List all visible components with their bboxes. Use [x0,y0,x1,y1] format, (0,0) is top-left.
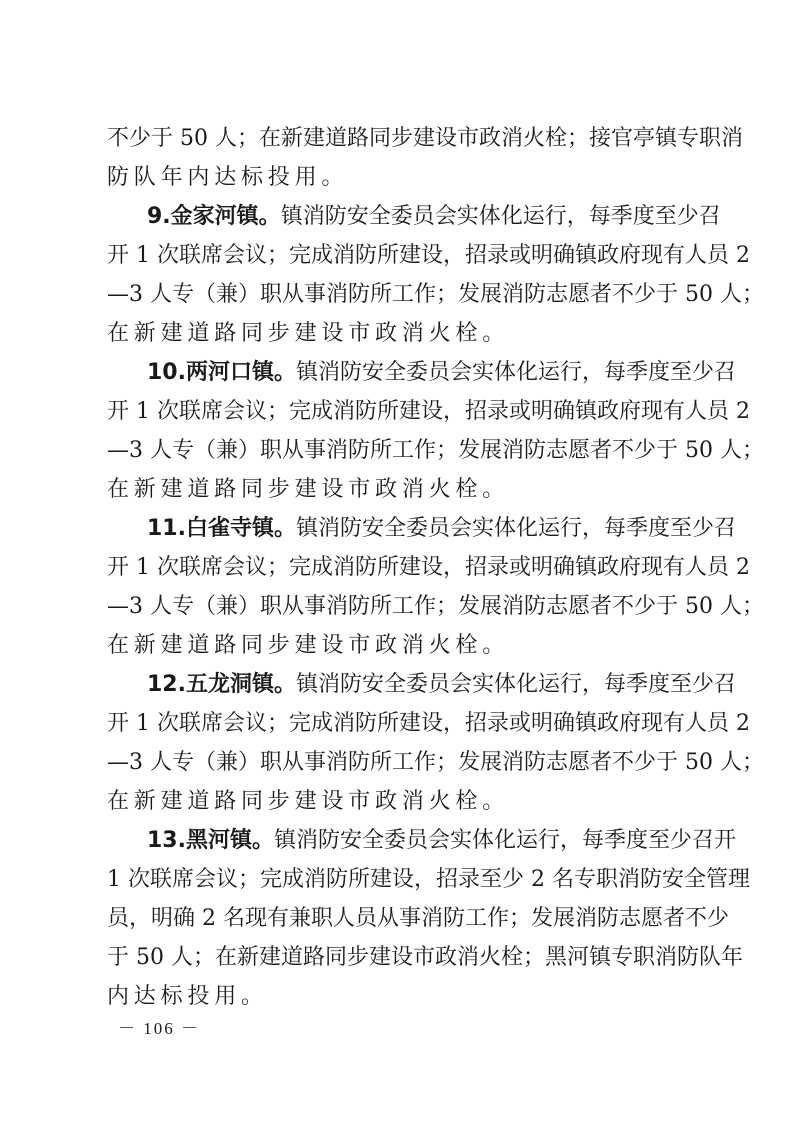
section-heading-title: 黑河镇。 [186,828,274,853]
section-first-line: 13.黑河镇。镇消防安全委员会实体化运行，每季度至少召开 [107,821,713,860]
continuation-paragraph: 不少于 50 人；在新建道路同步建设市政消火栓；接官亭镇专职消 防队年内达标投用… [107,119,713,197]
text-line: 开 1 次联席会议；完成消防所建设，招录或明确镇政府现有人员 2 [107,548,713,587]
text-line: 于 50 人；在新建道路同步建设市政消火栓；黑河镇专职消防队年 [107,938,713,977]
text-line: 在新建道路同步建设市政消火栓。 [107,626,713,665]
section-text: 镇消防安全委员会实体化运行，每季度至少召 [296,516,736,541]
section-text: 镇消防安全委员会实体化运行，每季度至少召 [281,204,721,229]
text-line: 防队年内达标投用。 [107,158,713,197]
section-text: 镇消防安全委员会实体化运行，每季度至少召 [296,672,736,697]
section-heading-title: 金家河镇。 [171,204,281,229]
section-first-line: 11.白雀寺镇。镇消防安全委员会实体化运行，每季度至少召 [107,509,713,548]
text-line: —3 人专（兼）职从事消防所工作；发展消防志愿者不少于 50 人； [107,275,713,314]
section-heading-number: 12. [147,672,186,697]
section-text: 镇消防安全委员会实体化运行，每季度至少召 [296,360,736,385]
text-line: 在新建道路同步建设市政消火栓。 [107,782,713,821]
text-line: 1 次联席会议；完成消防所建设，招录至少 2 名专职消防安全管理 [107,860,713,899]
section-heading-number: 10. [147,360,186,385]
section-first-line: 9.金家河镇。镇消防安全委员会实体化运行，每季度至少召 [107,197,713,236]
text-line: 开 1 次联席会议；完成消防所建设，招录或明确镇政府现有人员 2 [107,392,713,431]
text-line: 在新建道路同步建设市政消火栓。 [107,314,713,353]
document-body: 不少于 50 人；在新建道路同步建设市政消火栓；接官亭镇专职消 防队年内达标投用… [107,119,713,1016]
section-first-line: 12.五龙洞镇。镇消防安全委员会实体化运行，每季度至少召 [107,665,713,704]
section-11-baiquesi: 11.白雀寺镇。镇消防安全委员会实体化运行，每季度至少召 开 1 次联席会议；完… [107,509,713,665]
text-line: 开 1 次联席会议；完成消防所建设，招录或明确镇政府现有人员 2 [107,704,713,743]
section-heading-title: 五龙洞镇。 [186,672,296,697]
section-heading-number: 11. [147,516,186,541]
section-heading-number: 13. [147,828,186,853]
section-heading-title: 两河口镇。 [186,360,296,385]
section-13-heihe: 13.黑河镇。镇消防安全委员会实体化运行，每季度至少召开 1 次联席会议；完成消… [107,821,713,1016]
section-heading-title: 白雀寺镇。 [186,516,296,541]
section-9-jinjiahe: 9.金家河镇。镇消防安全委员会实体化运行，每季度至少召 开 1 次联席会议；完成… [107,197,713,353]
section-10-lianghekou: 10.两河口镇。镇消防安全委员会实体化运行，每季度至少召 开 1 次联席会议；完… [107,353,713,509]
text-line: 在新建道路同步建设市政消火栓。 [107,470,713,509]
text-line: 内达标投用。 [107,977,713,1016]
text-line: —3 人专（兼）职从事消防所工作；发展消防志愿者不少于 50 人； [107,587,713,626]
text-line: 开 1 次联席会议；完成消防所建设，招录或明确镇政府现有人员 2 [107,236,713,275]
text-line: —3 人专（兼）职从事消防所工作；发展消防志愿者不少于 50 人； [107,431,713,470]
text-line: 不少于 50 人；在新建道路同步建设市政消火栓；接官亭镇专职消 [107,119,713,158]
section-12-wulongdong: 12.五龙洞镇。镇消防安全委员会实体化运行，每季度至少召 开 1 次联席会议；完… [107,665,713,821]
page-number: － 106 － [118,1014,200,1039]
section-text: 镇消防安全委员会实体化运行，每季度至少召开 [274,828,736,853]
section-heading-number: 9. [147,204,171,229]
text-line: 员，明确 2 名现有兼职人员从事消防工作；发展消防志愿者不少 [107,899,713,938]
text-line: —3 人专（兼）职从事消防所工作；发展消防志愿者不少于 50 人； [107,743,713,782]
section-first-line: 10.两河口镇。镇消防安全委员会实体化运行，每季度至少召 [107,353,713,392]
